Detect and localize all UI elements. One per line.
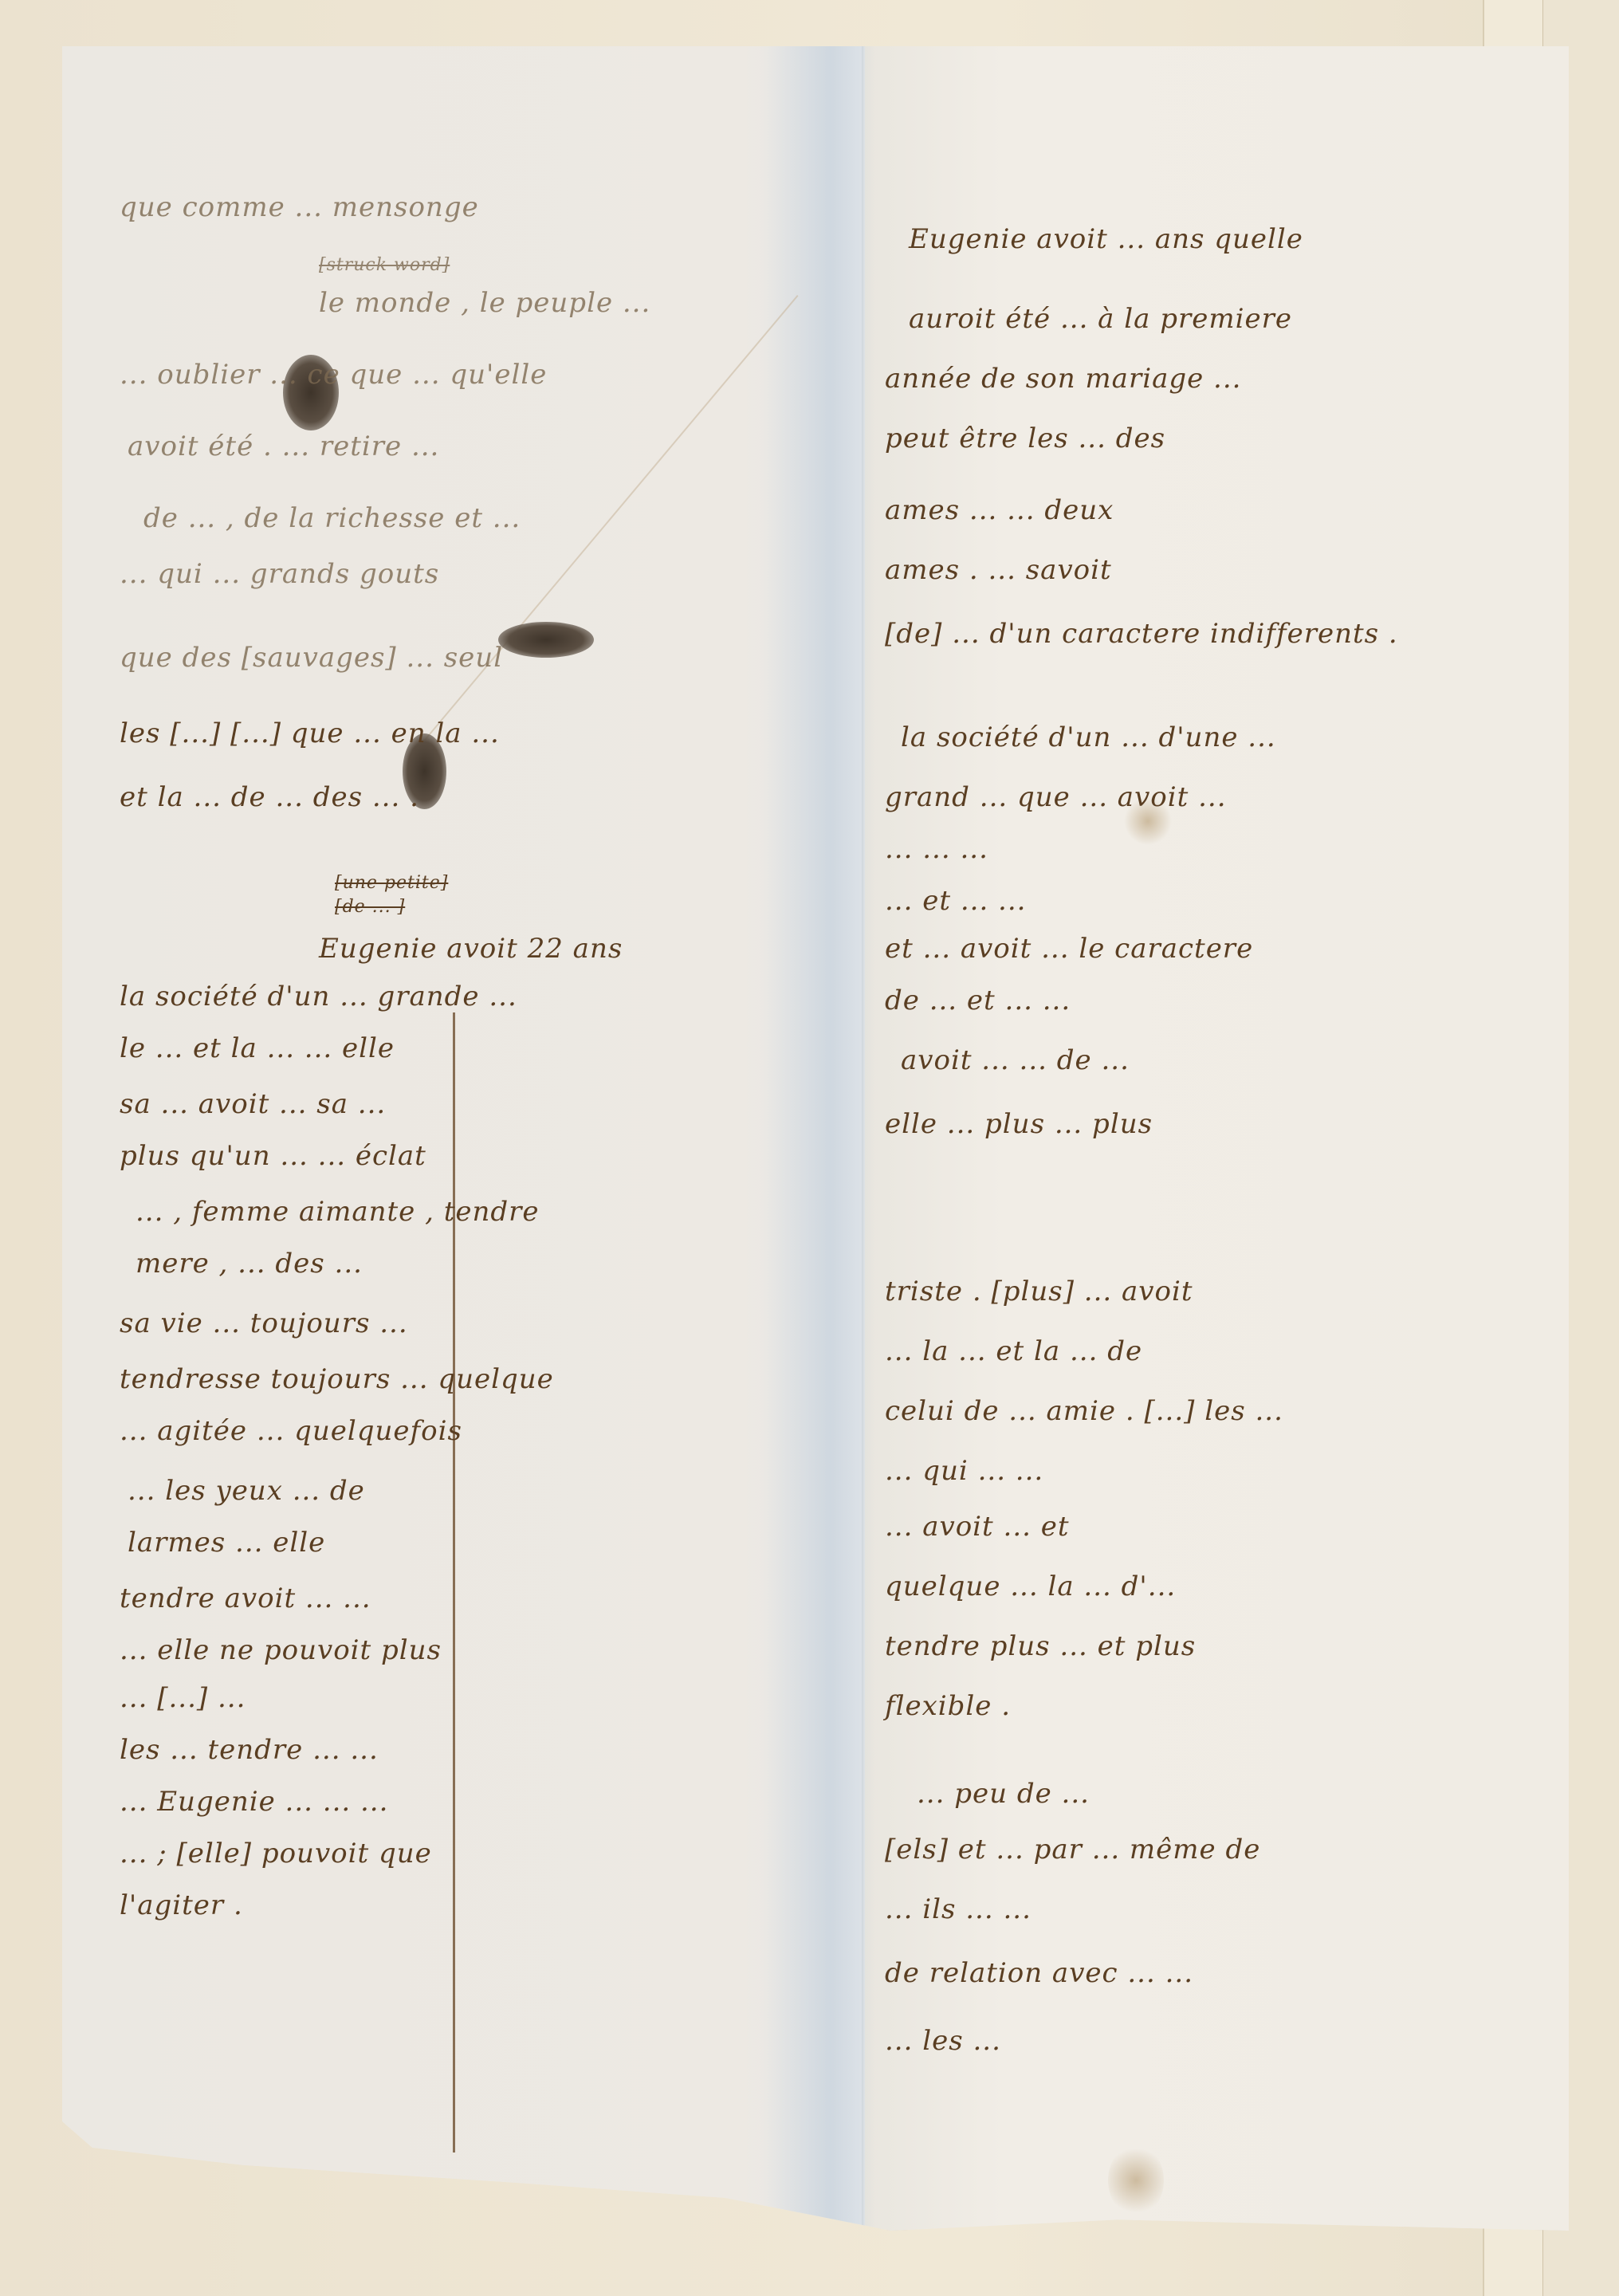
manuscript-line: de ... et ... ... bbox=[885, 985, 1071, 1016]
manuscript-line: [une petite] bbox=[335, 873, 448, 893]
manuscript-line: le monde , le peuple ... bbox=[319, 287, 650, 319]
manuscript-line: la société d'un ... d'une ... bbox=[901, 721, 1276, 753]
manuscript-line: auroit été ... à la premiere bbox=[909, 303, 1292, 335]
manuscript-line: quelque ... la ... d'... bbox=[885, 1571, 1176, 1602]
manuscript-line: elle ... plus ... plus bbox=[885, 1108, 1153, 1140]
manuscript-line: Eugenie avoit ... ans quelle bbox=[909, 223, 1303, 255]
manuscript-line: ... qui ... grands gouts bbox=[120, 558, 439, 590]
manuscript-line: de ... , de la richesse et ... bbox=[143, 502, 521, 534]
ink-blot bbox=[498, 622, 594, 658]
manuscript-line: ... peu de ... bbox=[917, 1778, 1090, 1810]
manuscript-line: la société d'un ... grande ... bbox=[120, 981, 517, 1012]
manuscript-line: ... , femme aimante , tendre bbox=[136, 1196, 540, 1228]
manuscript-line: ames . ... savoit bbox=[885, 554, 1112, 586]
manuscript-line: ... Eugenie ... ... ... bbox=[120, 1786, 388, 1818]
manuscript-line: [de] ... d'un caractere indifferents . bbox=[885, 618, 1398, 650]
manuscript-line: année de son mariage ... bbox=[885, 363, 1241, 395]
manuscript-line: [struck word] bbox=[319, 255, 450, 275]
manuscript-line: ... les yeux ... de bbox=[128, 1475, 365, 1507]
manuscript-line: ... les ... bbox=[885, 2025, 1001, 2057]
manuscript-line: ... avoit ... et bbox=[885, 1511, 1070, 1543]
manuscript-line: et la ... de ... des ... . bbox=[120, 781, 419, 813]
manuscript-line: ... et ... ... bbox=[885, 885, 1026, 917]
vertical-pen-stroke bbox=[453, 1012, 455, 2152]
manuscript-line: triste . [plus] ... avoit bbox=[885, 1276, 1193, 1307]
manuscript-line: peut être les ... des bbox=[885, 423, 1165, 454]
manuscript-line: ... [...] ... bbox=[120, 1682, 246, 1714]
manuscript-line: ... qui ... ... bbox=[885, 1455, 1043, 1487]
manuscript-line: ames ... ... deux bbox=[885, 494, 1114, 526]
manuscript-line: sa ... avoit ... sa ... bbox=[120, 1088, 386, 1120]
manuscript-line: les [...] [...] que ... en la ... bbox=[120, 717, 500, 749]
manuscript-line: ... la ... et la ... de bbox=[885, 1335, 1142, 1367]
manuscript-line: tendre avoit ... ... bbox=[120, 1582, 371, 1614]
manuscript-line: flexible . bbox=[885, 1690, 1011, 1722]
manuscript-line: ... ils ... ... bbox=[885, 1893, 1032, 1925]
manuscript-line: que des [sauvages] ... seul bbox=[120, 642, 503, 674]
manuscript-line: larmes ... elle bbox=[128, 1527, 325, 1559]
manuscript-line: [els] et ... par ... même de bbox=[885, 1834, 1260, 1866]
manuscript-line: avoit été . ... retire ... bbox=[128, 431, 439, 462]
manuscript-line: ... ... ... bbox=[885, 833, 988, 865]
manuscript-line: de relation avec ... ... bbox=[885, 1957, 1193, 1989]
foxing-stain bbox=[1108, 2145, 1164, 2216]
manuscript-line: que comme ... mensonge bbox=[120, 191, 479, 223]
manuscript-line: ... oublier ... ce que ... qu'elle bbox=[120, 359, 547, 391]
manuscript-line: l'agiter . bbox=[120, 1889, 243, 1921]
manuscript-line: grand ... que ... avoit ... bbox=[885, 781, 1227, 813]
center-fold bbox=[862, 46, 865, 2231]
manuscript-line: ... agitée ... quelquefois bbox=[120, 1415, 462, 1447]
manuscript-line: celui de ... amie . [...] les ... bbox=[885, 1395, 1283, 1427]
manuscript-line: [de ... ] bbox=[335, 897, 405, 917]
manuscript-line: le ... et la ... ... elle bbox=[120, 1032, 395, 1064]
manuscript-line: tendresse toujours ... quelque bbox=[120, 1363, 554, 1395]
manuscript-line: ... ; [elle] pouvoit que bbox=[120, 1838, 432, 1869]
manuscript-line: Eugenie avoit 22 ans bbox=[319, 933, 623, 965]
fold-tint bbox=[764, 46, 875, 2231]
manuscript-line: mere , ... des ... bbox=[136, 1248, 363, 1280]
manuscript-line: tendre plus ... et plus bbox=[885, 1630, 1196, 1662]
manuscript-line: plus qu'un ... ... éclat bbox=[120, 1140, 426, 1172]
manuscript-line: sa vie ... toujours ... bbox=[120, 1307, 408, 1339]
manuscript-line: les ... tendre ... ... bbox=[120, 1734, 379, 1766]
manuscript-line: et ... avoit ... le caractere bbox=[885, 933, 1253, 965]
manuscript-line: avoit ... ... de ... bbox=[901, 1044, 1130, 1076]
manuscript-line: ... elle ne pouvoit plus bbox=[120, 1634, 442, 1666]
